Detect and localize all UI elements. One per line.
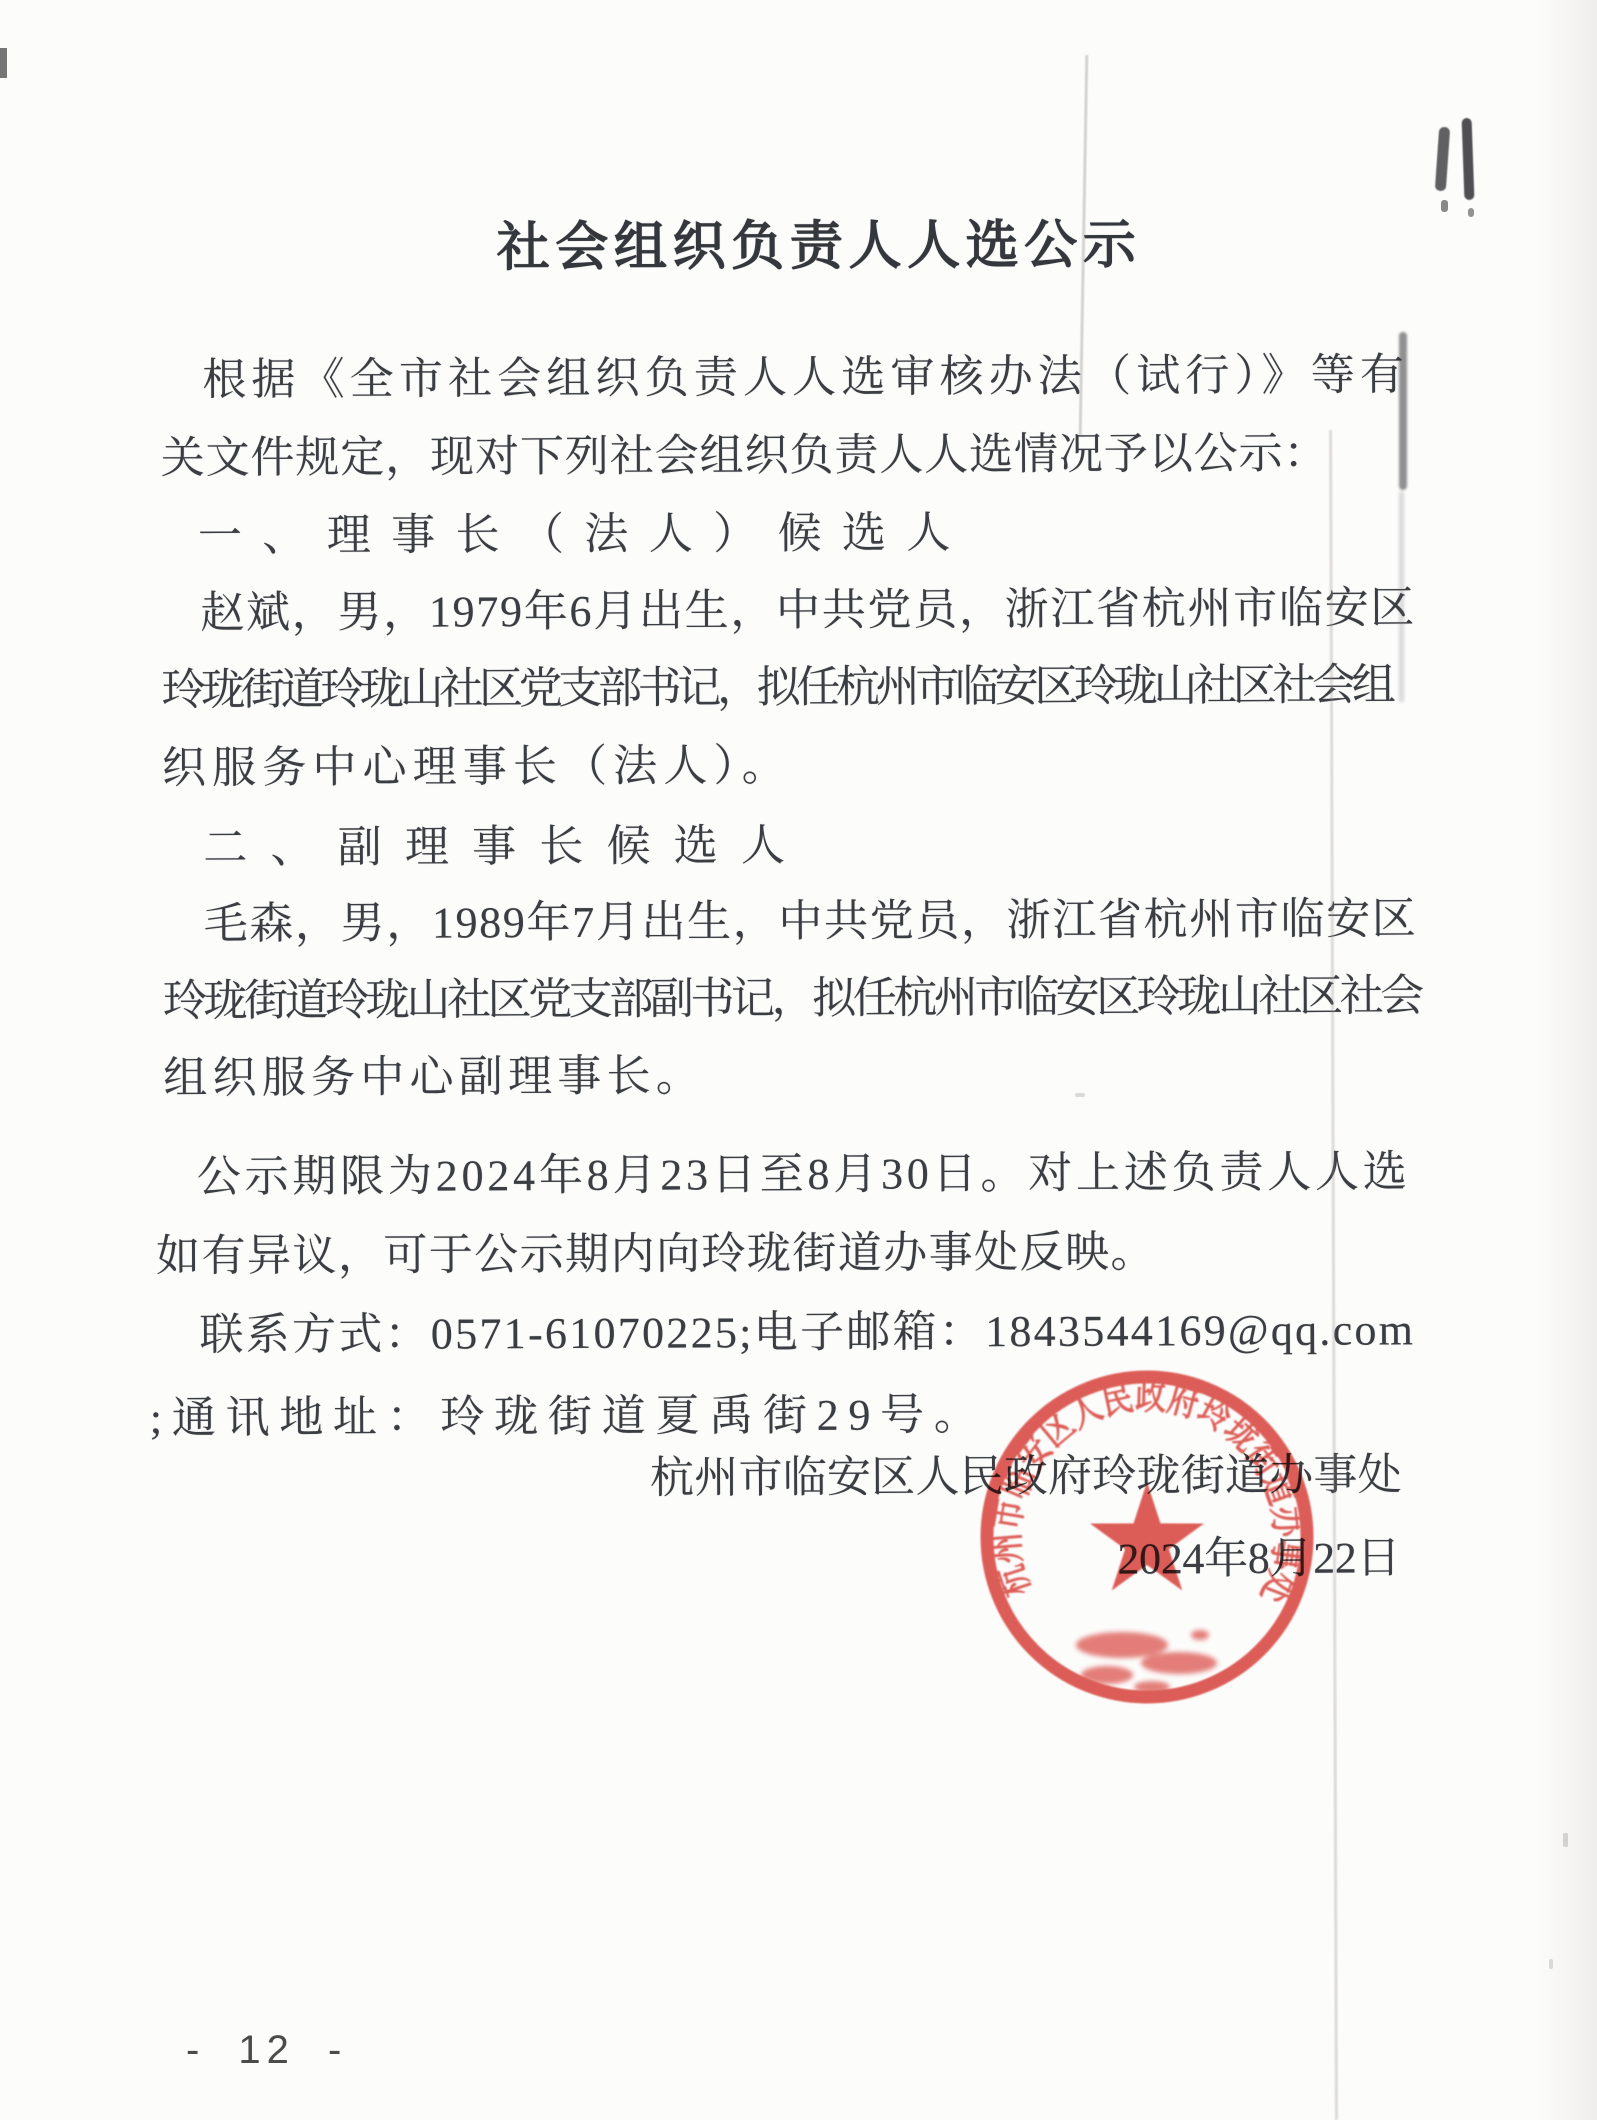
body-line: 公示期限为2024年8月23日至8月30日。对上述负责人人选: [197, 1147, 1411, 1202]
body-line: 一、理事长（法人）候选人: [198, 508, 971, 561]
document-content: 社会组织负责人人选公示 根据《全市社会组织负责人人选审核办法（试行）》等有 关文…: [0, 0, 1597, 2120]
page-number: - 12 -: [186, 2028, 347, 2073]
body-line: 毛森，男，1989年7月出生，中共党员，浙江省杭州市临安区: [204, 894, 1418, 949]
body-line: ;通讯地址：玲珑街道夏禹街29号。: [150, 1390, 988, 1444]
official-seal: 杭州市临安区人民政府玲珑街道办事处: [947, 1337, 1347, 1737]
body-line: 关文件规定，现对下列社会组织负责人人选情况予以公示：: [161, 429, 1329, 484]
body-line: 玲珑街道玲珑山社区党支部副书记，拟任杭州市临安区玲珑山社区社会: [163, 971, 1421, 1026]
body-line: 玲珑街道玲珑山社区党支部书记，拟任杭州市临安区玲珑山社区社会组: [162, 660, 1392, 715]
body-line: 如有异议，可于公示期内向玲珑街道办事处反映。: [156, 1227, 1156, 1281]
body-line: 织服务中心理事长（法人）。: [162, 741, 792, 794]
body-line: 赵斌，男，1979年6月出生，中共党员，浙江省杭州市临安区: [200, 583, 1416, 638]
seal-star: [1090, 1482, 1204, 1591]
document-title: 社会组织负责人人选公示: [497, 217, 1142, 278]
body-line: 组织服务中心副理事长。: [163, 1051, 705, 1103]
body-line: 二、副理事长候选人: [203, 821, 808, 874]
scanned-document-page: 杭州市临安区人民政府玲珑街道办事处 社会组织负责人人选公示 根据《全市社会组织负…: [0, 0, 1597, 2120]
body-line: 根据《全市社会组织负责人人选审核办法（试行）》等有: [202, 350, 1409, 405]
